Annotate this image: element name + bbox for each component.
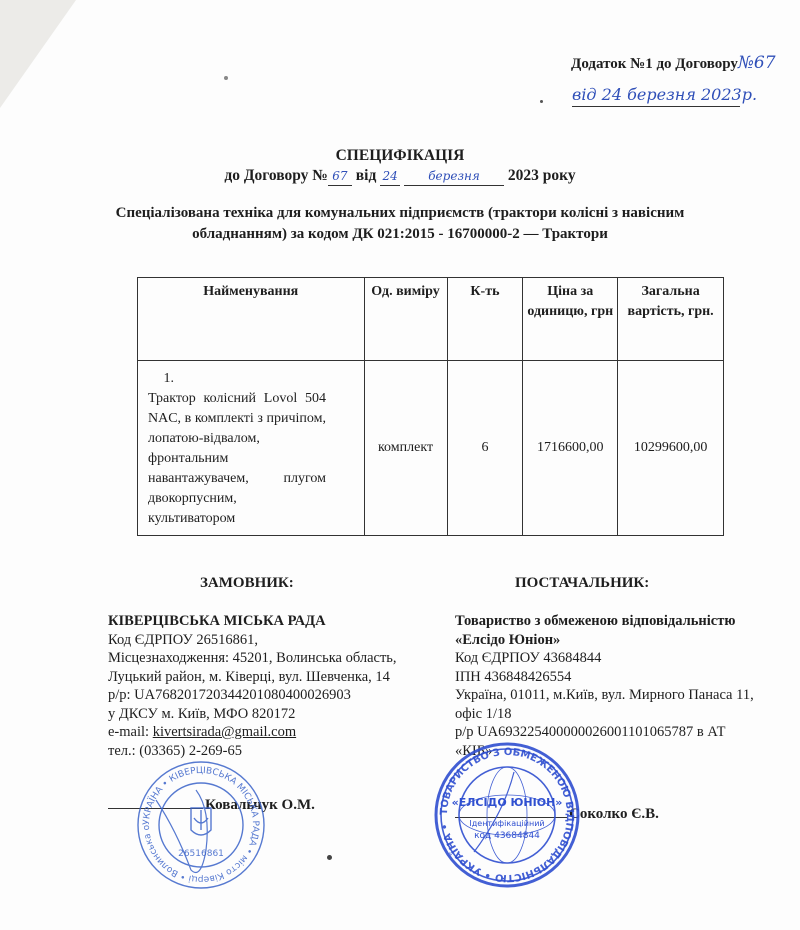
table-header-row: Найменування Од. виміру К-ть Ціна за оди… bbox=[138, 278, 724, 361]
annex-label-text: Додаток №1 до Договору bbox=[571, 56, 738, 72]
annex-label: Додаток №1 до Договору№67 bbox=[571, 53, 776, 73]
supplier-details: Товариство з обмеженою відповідальністю … bbox=[455, 612, 765, 760]
customer-stamp: УКРАЇНА • КІВЕРЦІВСЬКА МІСЬКА РАДА • міс… bbox=[136, 760, 266, 890]
ink-dot bbox=[540, 100, 543, 103]
document-title: СПЕЦИФІКАЦІЯ bbox=[0, 147, 800, 165]
cell-unit: комплект bbox=[364, 361, 447, 536]
item-name: Трактор колісний Lovol 504 NAC, в компле… bbox=[148, 389, 326, 529]
specification-table: Найменування Од. виміру К-ть Ціна за оди… bbox=[137, 277, 724, 536]
customer-line: р/р: UA768201720344201080400026903 bbox=[108, 686, 438, 705]
customer-line: Код ЄДРПОУ 26516861, bbox=[108, 631, 438, 650]
col-header-unit: Од. виміру bbox=[364, 278, 447, 361]
from-label: від bbox=[356, 167, 377, 184]
email-prefix: e-mail: bbox=[108, 724, 153, 740]
annex-number-handwritten: №67 bbox=[738, 53, 776, 73]
customer-line: у ДКСУ м. Київ, МФО 820172 bbox=[108, 705, 438, 724]
svg-text:26516861: 26516861 bbox=[178, 849, 224, 859]
cell-name: 1.Трактор колісний Lovol 504 NAC, в комп… bbox=[138, 361, 365, 536]
cell-total: 10299600,00 bbox=[618, 361, 724, 536]
item-number: 1. bbox=[148, 369, 174, 389]
table-row: 1.Трактор колісний Lovol 504 NAC, в комп… bbox=[138, 361, 724, 536]
supplier-line: Код ЄДРПОУ 43684844 bbox=[455, 649, 765, 668]
folded-page-corner bbox=[0, 0, 76, 108]
supplier-org: Товариство з обмеженою відповідальністю … bbox=[455, 612, 765, 649]
customer-phone: тел.: (03365) 2-269-65 bbox=[108, 742, 438, 761]
customer-signature: Ковальчук О.М. bbox=[108, 797, 315, 814]
document-subtitle: Спеціалізована техніка для комунальних п… bbox=[100, 203, 700, 245]
ink-dot bbox=[327, 855, 332, 860]
supplier-signature: Соколко Є.В. bbox=[455, 806, 659, 823]
annex-date: від 24 березня 2023р. bbox=[572, 85, 740, 107]
customer-heading: ЗАМОВНИК: bbox=[200, 575, 294, 592]
customer-line: Місцезнаходження: 45201, Волинська облас… bbox=[108, 649, 438, 686]
svg-text:УКРАЇНА • КІВЕРЦІВСЬКА МІСЬКА: УКРАЇНА • КІВЕРЦІВСЬКА МІСЬКА РАДА • міс… bbox=[136, 760, 260, 884]
cell-quantity: 6 bbox=[447, 361, 523, 536]
customer-signatory: Ковальчук О.М. bbox=[205, 797, 315, 813]
customer-details: КІВЕРЦІВСЬКА МІСЬКА РАДА Код ЄДРПОУ 2651… bbox=[108, 612, 438, 760]
supplier-signatory: Соколко Є.В. bbox=[569, 806, 659, 822]
paper-speck bbox=[224, 76, 228, 80]
supplier-line: ІПН 436848426554 bbox=[455, 668, 765, 687]
customer-email-line: e-mail: kivertsirada@gmail.com bbox=[108, 723, 438, 742]
month-handwritten: березня bbox=[428, 169, 480, 183]
col-header-unit-price: Ціна за одиницю, грн bbox=[523, 278, 618, 361]
signature-line bbox=[108, 808, 203, 809]
col-header-quantity: К-ть bbox=[447, 278, 523, 361]
contract-reference: до Договору №67 від 24 березня 2023 року bbox=[0, 167, 800, 186]
customer-email[interactable]: kivertsirada@gmail.com bbox=[153, 724, 296, 740]
supplier-heading: ПОСТАЧАЛЬНИК: bbox=[515, 575, 649, 592]
svg-text:код 43684844: код 43684844 bbox=[474, 831, 540, 841]
contract-prefix: до Договору № bbox=[224, 167, 328, 184]
col-header-name: Найменування bbox=[138, 278, 365, 361]
annex-date-handwritten: від 24 березня 2023р. bbox=[572, 85, 757, 104]
supplier-line: р/р UA693225400000026001101065787 в АТ «… bbox=[455, 723, 765, 760]
contract-number-handwritten: 67 bbox=[332, 169, 347, 183]
cell-unit-price: 1716600,00 bbox=[523, 361, 618, 536]
supplier-line: Україна, 01011, м.Київ, вул. Мирного Пан… bbox=[455, 686, 765, 723]
signature-line bbox=[455, 817, 567, 818]
col-header-total: Загальна вартість, грн. bbox=[618, 278, 724, 361]
year-suffix: 2023 року bbox=[508, 167, 576, 184]
day-handwritten: 24 bbox=[383, 169, 398, 183]
customer-org: КІВЕРЦІВСЬКА МІСЬКА РАДА bbox=[108, 612, 438, 631]
